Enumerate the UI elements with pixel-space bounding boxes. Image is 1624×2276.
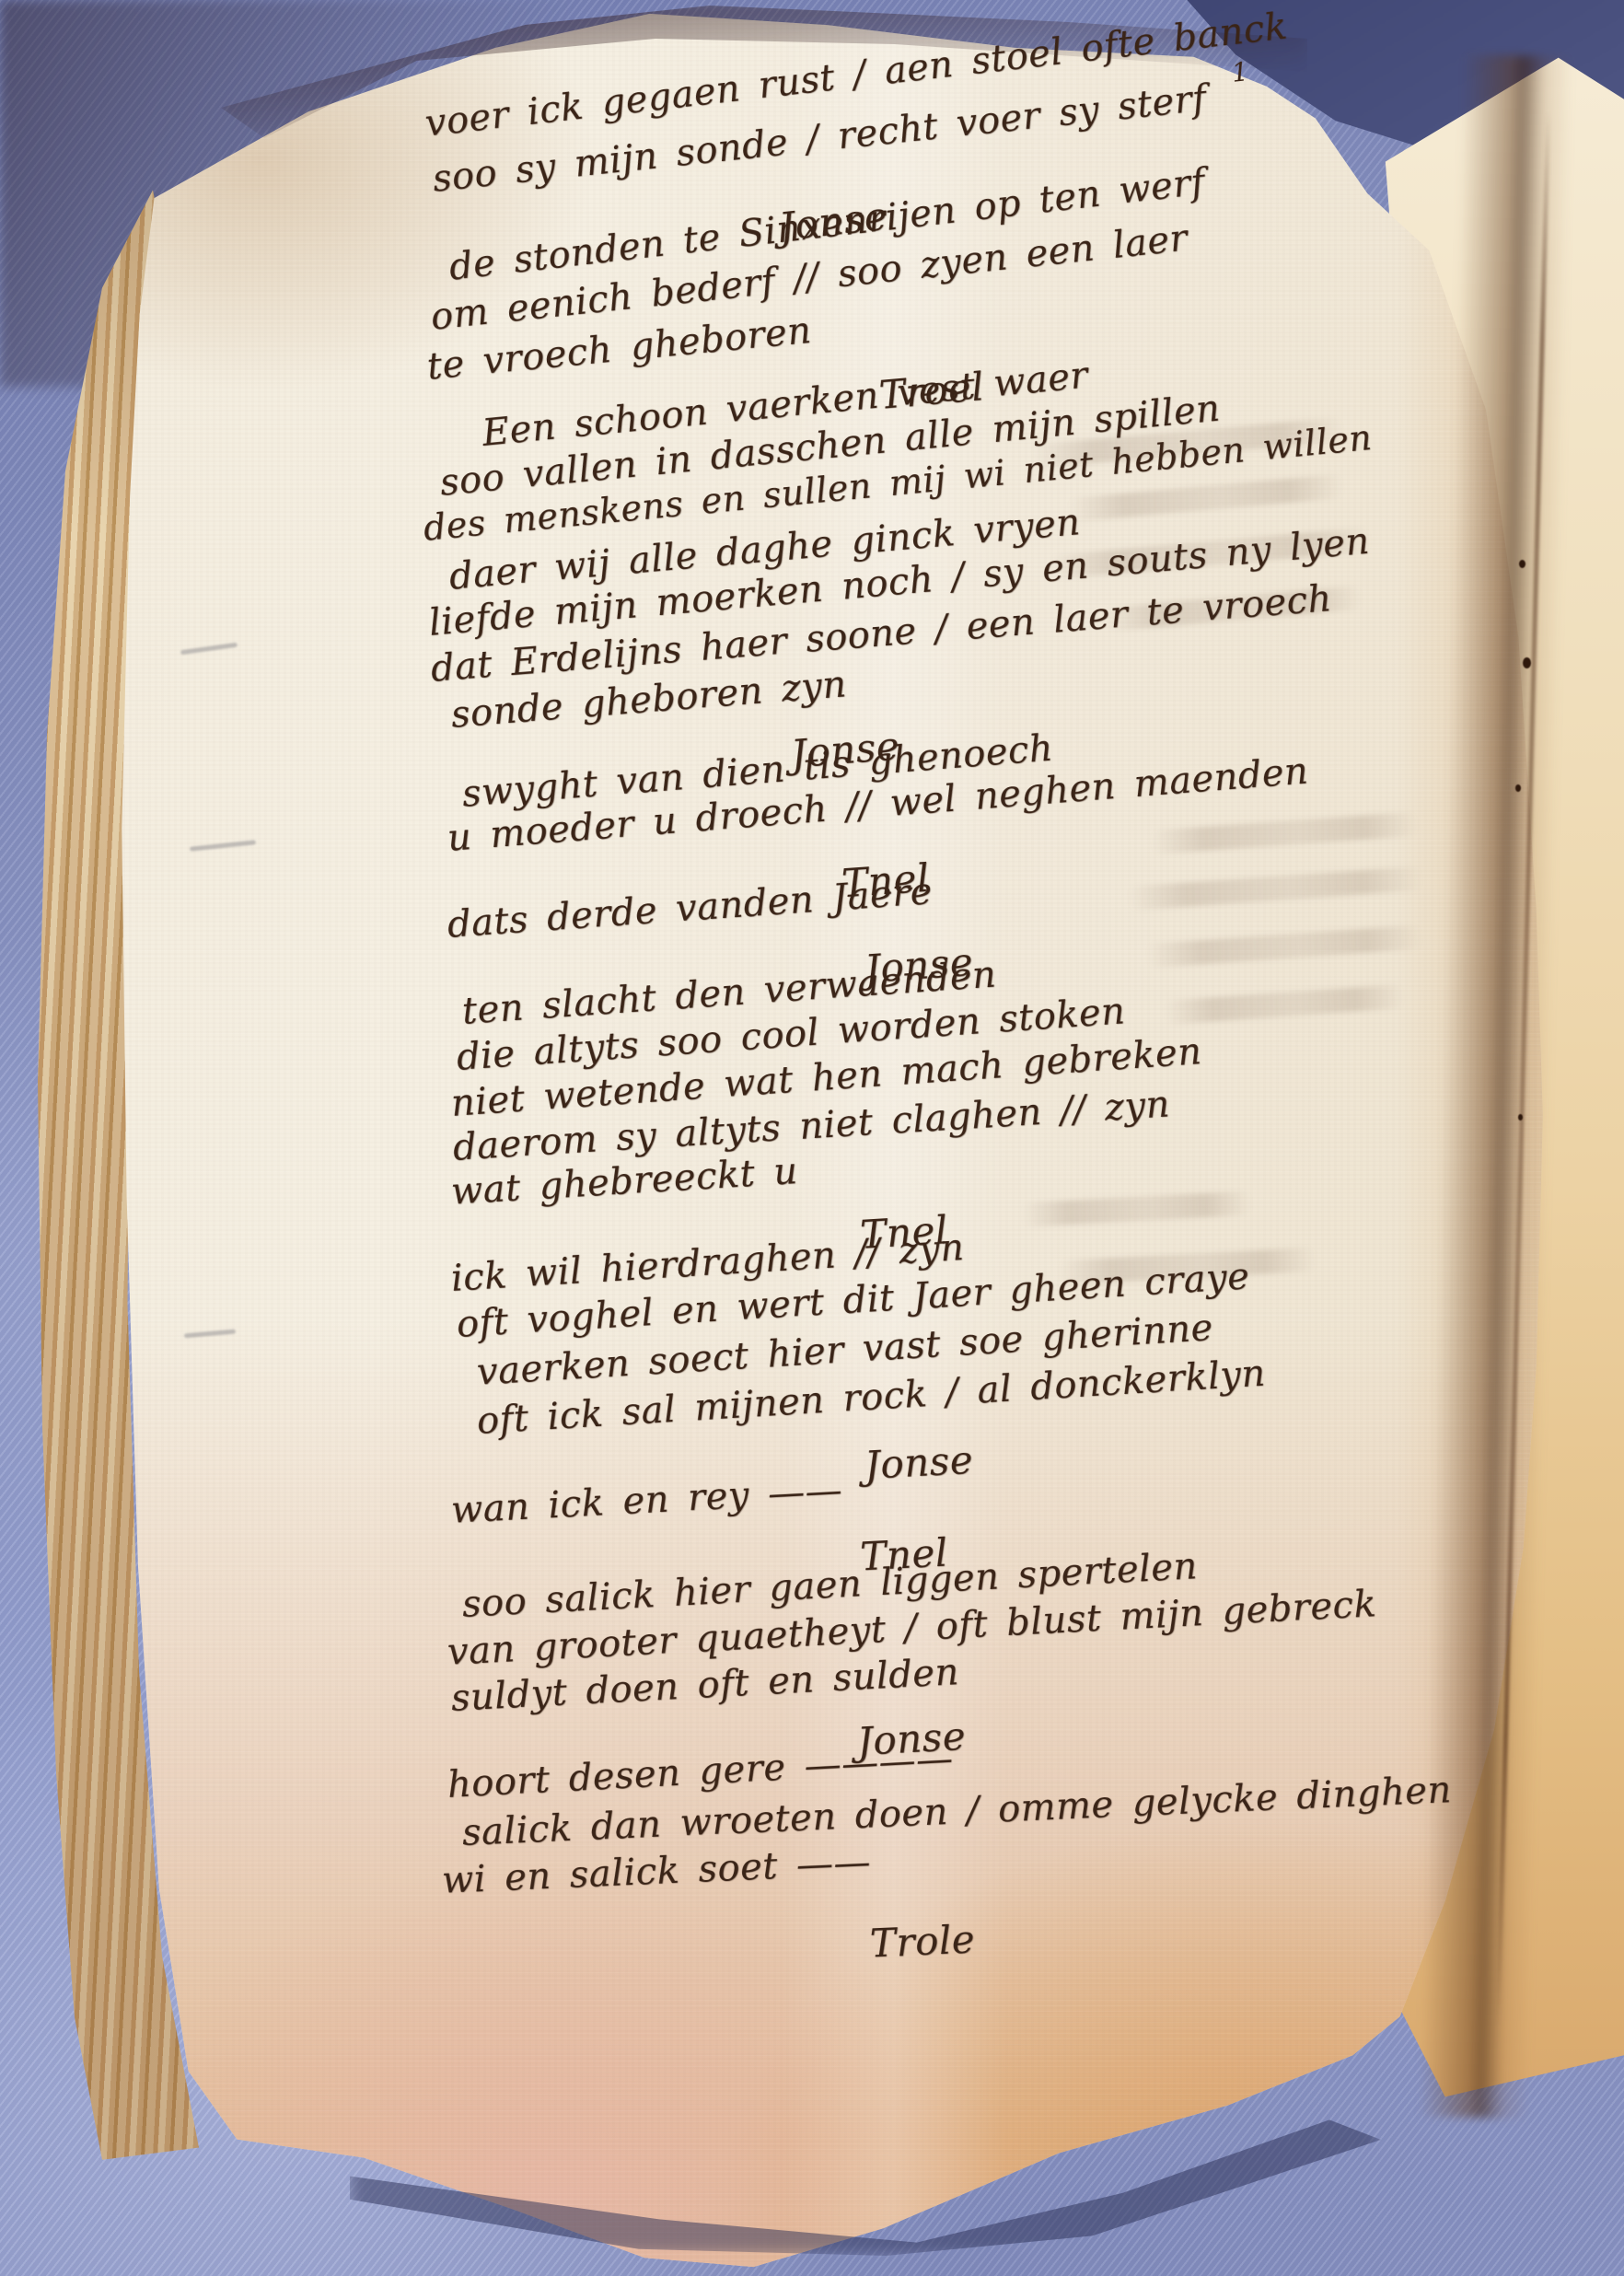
speaker-name: Jonse [864, 1437, 974, 1488]
ink-spot [1518, 1114, 1523, 1121]
speaker-name: Trole [869, 1917, 976, 1967]
ink-spot [1519, 560, 1525, 568]
ink-spot [1515, 784, 1521, 792]
ink-spot [1523, 657, 1531, 668]
superscript-mark: 1 [1230, 56, 1249, 88]
manuscript-photo: 1 voer ick gegaen rust / aen stoel ofte … [0, 0, 1624, 2276]
